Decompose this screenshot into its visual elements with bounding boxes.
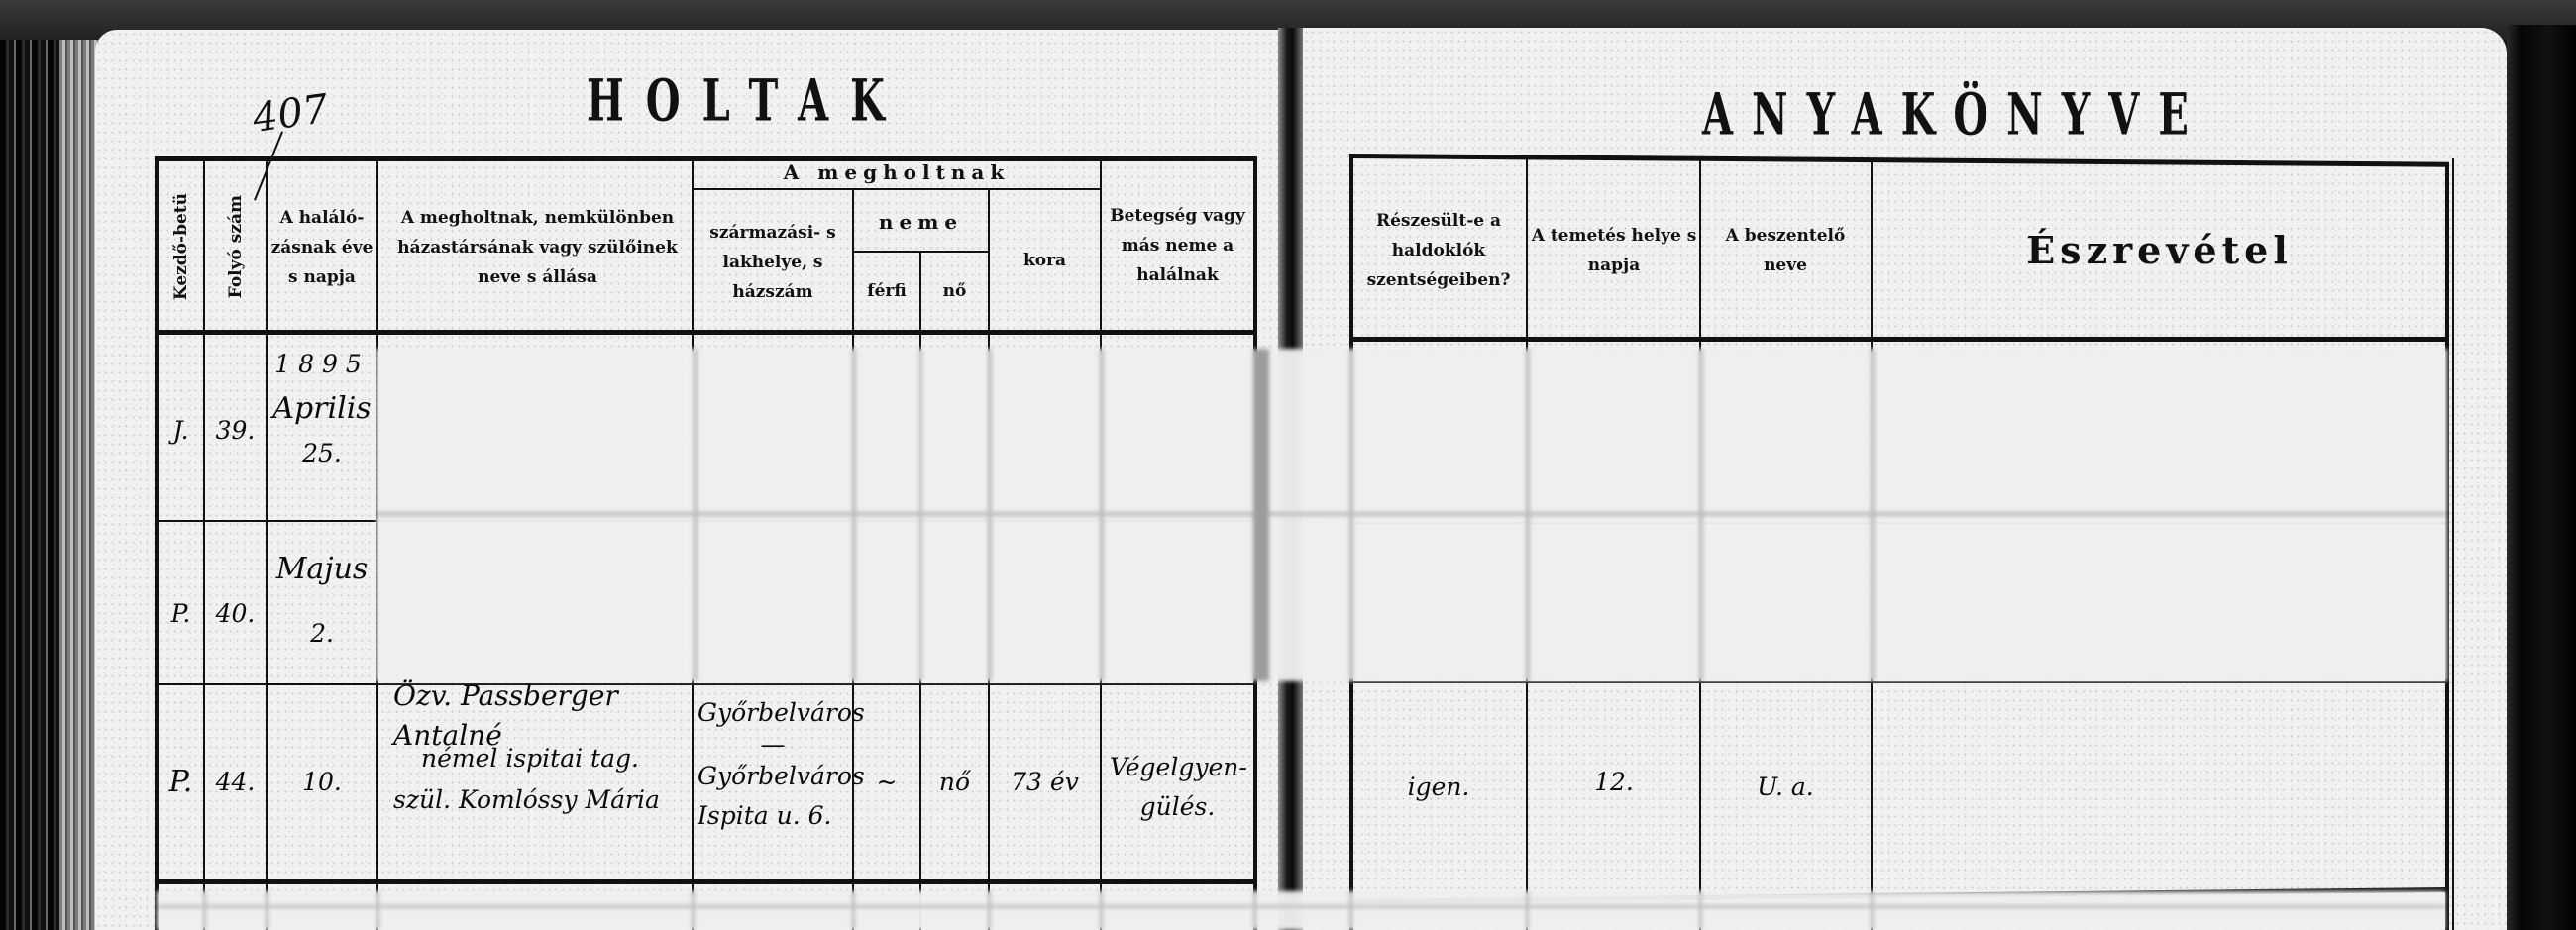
row3-origin-line2: — bbox=[694, 733, 852, 757]
row2-date-month: Majus bbox=[268, 535, 376, 604]
row2-date-day: 2. bbox=[268, 604, 376, 664]
row2-serial: 40. bbox=[205, 525, 266, 703]
row3-serial: 44. bbox=[205, 688, 266, 877]
row3-male: ~ bbox=[854, 688, 919, 877]
row3-disease: Végelgyen- gülés. bbox=[1102, 748, 1253, 847]
right-header-bottom-border bbox=[1352, 337, 2447, 342]
header-serial: Folyó szám bbox=[205, 163, 266, 330]
right-table-outer-border bbox=[2452, 158, 2454, 930]
header-origin: származási- s lakhelye, s házszám bbox=[696, 198, 850, 327]
row3-initial: P. bbox=[159, 688, 203, 877]
header-sex: neme bbox=[854, 193, 988, 251]
row3-disease-line2: gülés. bbox=[1102, 787, 1253, 827]
header-group: A megholtnak bbox=[694, 156, 1100, 188]
row2-date: Majus 2. bbox=[268, 535, 376, 683]
header-disease: Betegség vagy más neme a halálnak bbox=[1102, 163, 1253, 327]
right-page-title: ANYAKÖNYVE bbox=[1702, 81, 2207, 149]
header-sacraments: Részesült-e a haldoklók szentségeiben? bbox=[1353, 168, 1524, 332]
header-remarks: Észrevétel bbox=[1875, 168, 2444, 332]
row3-priest: U. a. bbox=[1702, 693, 1869, 881]
header-female: nő bbox=[921, 256, 988, 327]
row3-disease-line1: Végelgyen- bbox=[1102, 748, 1253, 787]
row3-burial: 12. bbox=[1530, 693, 1698, 872]
redacted-region bbox=[376, 349, 2447, 681]
row-divider bbox=[1352, 681, 2447, 683]
redacted-region-bottom bbox=[157, 891, 2445, 930]
row3-origin-line4: Ispita u. 6. bbox=[694, 796, 852, 836]
header-priest: A beszentelő neve bbox=[1702, 168, 1869, 332]
row1-date-day: 25. bbox=[268, 431, 376, 475]
row3-name-line1: Özv. Passberger Antalné bbox=[381, 693, 691, 739]
left-header-bottom-border bbox=[157, 330, 1256, 335]
row2-initial: P. bbox=[159, 525, 203, 703]
left-page-title: HOLTAK bbox=[587, 67, 907, 135]
row-divider bbox=[157, 683, 1256, 685]
header-initial-text: Kezdő-betü bbox=[166, 193, 196, 300]
header-name: A megholtnak, nemkülönben házastársának … bbox=[386, 173, 689, 322]
header-initial: Kezdő-betü bbox=[159, 163, 203, 330]
header-burial: A temetés helye s napja bbox=[1530, 168, 1698, 332]
book-right-edge bbox=[2507, 25, 2576, 930]
header-date: A haláló-zásnak éve s napja bbox=[268, 173, 376, 322]
row3-female: nő bbox=[921, 688, 988, 877]
row3-name-line3: szül. Komlóssy Mária bbox=[381, 778, 691, 822]
group-header-divider bbox=[694, 188, 1100, 190]
row1-date-year: 1895 bbox=[268, 342, 376, 386]
row3-remarks bbox=[1875, 693, 2444, 881]
row-divider bbox=[157, 879, 1256, 884]
header-serial-text: Folyó szám bbox=[221, 195, 251, 298]
row3-sacraments: igen. bbox=[1353, 693, 1524, 881]
row1-date: 1895 Aprilis 25. bbox=[268, 342, 376, 520]
row3-origin: Győrbelváros — Győrbelváros Ispita u. 6. bbox=[694, 693, 852, 872]
row3-name: Özv. Passberger Antalné némel ispitai ta… bbox=[381, 693, 691, 872]
header-male: férfi bbox=[854, 256, 919, 327]
header-age: kora bbox=[990, 193, 1100, 327]
row1-serial: 39. bbox=[205, 342, 266, 520]
row3-date-day: 10. bbox=[268, 688, 376, 877]
row3-age: 73 év bbox=[990, 688, 1100, 877]
row1-date-month: Aprilis bbox=[268, 386, 376, 431]
row3-origin-line3: Győrbelváros bbox=[694, 757, 852, 796]
row3-origin-line1: Győrbelváros bbox=[694, 693, 852, 733]
row1-initial: J. bbox=[159, 342, 203, 520]
book-page-stack bbox=[59, 40, 99, 930]
